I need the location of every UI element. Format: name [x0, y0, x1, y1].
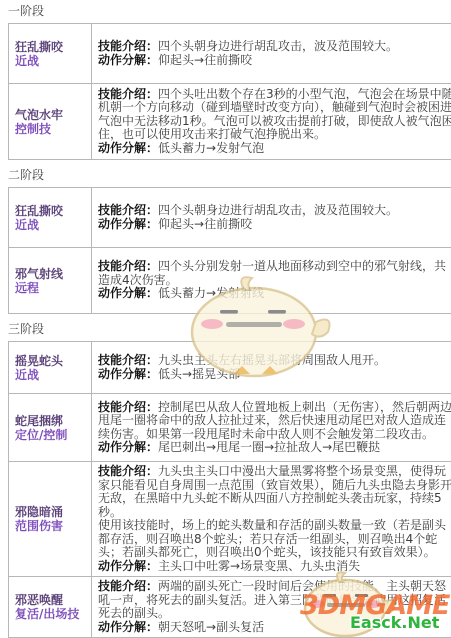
- skill-name-cell: 邪隐暗涌 范围伤害: [9, 462, 92, 577]
- skill-name: 狂乱撕咬: [15, 40, 85, 54]
- skill-intro: 技能介绍：九头虫主头口中漫出大量黑雾将整个场景变黑，使得玩家只能看见自身周围一点…: [98, 465, 451, 519]
- action-text: 主头口中吐雾→场景变黑、九头虫消失: [158, 559, 360, 573]
- section-title-phase2: 二阶段: [8, 169, 448, 182]
- table-row: 狂乱撕咬 近战 技能介绍：四个头朝身边进行胡乱攻击，波及范围较大。 动作分解：仰…: [9, 24, 451, 84]
- table-row: 邪气射线 远程 技能介绍：四个头分别发射一道从地面移动到空中的邪气射线，共造成4…: [9, 248, 451, 314]
- action-text: 低头→摇晃头部: [158, 367, 240, 381]
- skill-action: 动作分解：低头蓄力→发射气泡: [98, 142, 451, 156]
- action-label: 动作分解：: [98, 440, 158, 454]
- skill-action: 动作分解：低头蓄力→发射射线: [98, 287, 451, 301]
- table-row: 气泡水牢 控制技 技能介绍：四个头吐出数个存在3秒的小型气泡，气泡会在场景中随机…: [9, 84, 451, 160]
- skill-action: 动作分解：仰起头→往前撕咬: [98, 54, 451, 68]
- skill-intro: 技能介绍：四个头分别发射一道从地面移动到空中的邪气射线，共造成4次伤害。: [98, 260, 451, 287]
- skill-tag: 控制技: [15, 122, 85, 136]
- skill-name: 狂乱撕咬: [15, 204, 85, 218]
- intro-label: 技能介绍：: [98, 579, 158, 593]
- skill-table-phase1: 狂乱撕咬 近战 技能介绍：四个头朝身边进行胡乱攻击，波及范围较大。 动作分解：仰…: [8, 23, 451, 160]
- skill-action: 动作分解：朝天怒吼→副头复活: [98, 621, 451, 635]
- action-label: 动作分解：: [98, 559, 158, 573]
- section-title-phase1: 一阶段: [8, 5, 448, 18]
- table-row: 狂乱撕咬 近战 技能介绍：四个头朝身边进行胡乱攻击，波及范围较大。 动作分解：仰…: [9, 188, 451, 248]
- intro-label: 技能介绍：: [98, 400, 158, 414]
- skill-desc-cell: 技能介绍：两端的副头死亡一段时间后会使用的技能，主头朝天怒吼一声，将死去的副头复…: [92, 577, 451, 638]
- intro-label: 技能介绍：: [98, 259, 158, 273]
- skill-action: 动作分解：尾巴刺出→甩尾一圈→拉扯敌人→尾巴鞭挞: [98, 441, 451, 455]
- skill-tag: 近战: [15, 368, 85, 382]
- skill-table-phase2: 狂乱撕咬 近战 技能介绍：四个头朝身边进行胡乱攻击，波及范围较大。 动作分解：仰…: [8, 187, 451, 314]
- skill-name-cell: 狂乱撕咬 近战: [9, 188, 92, 248]
- action-text: 仰起头→往前撕咬: [158, 53, 252, 67]
- skill-tag: 近战: [15, 218, 85, 232]
- skill-intro-extra: 使用该技能时，场上的蛇头数量和存活的副头数量一致（若是副头都存活，则召唤出8个蛇…: [98, 519, 451, 560]
- skill-name-cell: 邪气射线 远程: [9, 248, 92, 314]
- guide-page: 一阶段 狂乱撕咬 近战 技能介绍：四个头朝身边进行胡乱攻击，波及范围较大。 动作…: [0, 0, 451, 638]
- intro-extra-text: 使用该技能时，场上的蛇头数量和存活的副头数量一致（若是副头都存活，则召唤出8个蛇…: [98, 518, 446, 559]
- skill-action: 动作分解：主头口中吐雾→场景变黑、九头虫消失: [98, 560, 451, 574]
- intro-label: 技能介绍：: [98, 353, 158, 367]
- action-text: 尾巴刺出→甩尾一圈→拉扯敌人→尾巴鞭挞: [158, 440, 380, 454]
- skill-desc-cell: 技能介绍：四个头分别发射一道从地面移动到空中的邪气射线，共造成4次伤害。 动作分…: [92, 248, 451, 314]
- table-row: 蛇尾捆绑 定位/控制 技能介绍：控制尾巴从敌人位置地板上刺出（无伤害），然后朝两…: [9, 394, 451, 462]
- skill-name: 摇晃蛇头: [15, 354, 85, 368]
- intro-label: 技能介绍：: [98, 87, 158, 101]
- intro-text: 四个头朝身边进行胡乱攻击，波及范围较大。: [158, 39, 398, 53]
- table-row: 摇晃蛇头 近战 技能介绍：九头虫主头左右摇晃头部将周围敌人甩开。 动作分解：低头…: [9, 342, 451, 394]
- intro-text: 四个头朝身边进行胡乱攻击，波及范围较大。: [158, 203, 398, 217]
- intro-label: 技能介绍：: [98, 39, 158, 53]
- skill-desc-cell: 技能介绍：四个头朝身边进行胡乱攻击，波及范围较大。 动作分解：仰起头→往前撕咬: [92, 188, 451, 248]
- skill-name-cell: 摇晃蛇头 近战: [9, 342, 92, 394]
- skill-desc-cell: 技能介绍：九头虫主头口中漫出大量黑雾将整个场景变黑，使得玩家只能看见自身周围一点…: [92, 462, 451, 577]
- action-text: 朝天怒吼→副头复活: [158, 620, 264, 634]
- action-label: 动作分解：: [98, 620, 158, 634]
- skill-desc-cell: 技能介绍：九头虫主头左右摇晃头部将周围敌人甩开。 动作分解：低头→摇晃头部: [92, 342, 451, 394]
- skill-intro: 技能介绍：四个头朝身边进行胡乱攻击，波及范围较大。: [98, 204, 451, 218]
- skill-name-cell: 狂乱撕咬 近战: [9, 24, 92, 84]
- intro-label: 技能介绍：: [98, 464, 158, 478]
- skill-intro: 技能介绍：控制尾巴从敌人位置地板上刺出（无伤害），然后朝两边甩尾一圈将命中的敌人…: [98, 401, 451, 442]
- action-text: 低头蓄力→发射射线: [158, 286, 264, 300]
- section-title-phase3: 三阶段: [8, 323, 448, 336]
- skill-intro: 技能介绍：九头虫主头左右摇晃头部将周围敌人甩开。: [98, 354, 451, 368]
- table-row: 邪隐暗涌 范围伤害 技能介绍：九头虫主头口中漫出大量黑雾将整个场景变黑，使得玩家…: [9, 462, 451, 577]
- skill-tag: 定位/控制: [15, 428, 85, 442]
- skill-tag: 复活/出场技: [15, 607, 85, 621]
- skill-name: 邪恶唤醒: [15, 593, 85, 607]
- skill-tag: 远程: [15, 281, 85, 295]
- skill-tag: 近战: [15, 54, 85, 68]
- skill-intro: 技能介绍：四个头朝身边进行胡乱攻击，波及范围较大。: [98, 40, 451, 54]
- skill-tag: 范围伤害: [15, 519, 85, 533]
- skill-intro: 技能介绍：四个头吐出数个存在3秒的小型气泡，气泡会在场景中随机朝一个方向移动（碰…: [98, 88, 451, 142]
- skill-intro: 技能介绍：两端的副头死亡一段时间后会使用的技能，主头朝天怒吼一声，将死去的副头复…: [98, 580, 451, 621]
- intro-label: 技能介绍：: [98, 203, 158, 217]
- skill-action: 动作分解：低头→摇晃头部: [98, 368, 451, 382]
- skill-name: 蛇尾捆绑: [15, 414, 85, 428]
- skill-name: 邪隐暗涌: [15, 505, 85, 519]
- skill-desc-cell: 技能介绍：四个头吐出数个存在3秒的小型气泡，气泡会在场景中随机朝一个方向移动（碰…: [92, 84, 451, 160]
- action-label: 动作分解：: [98, 286, 158, 300]
- action-label: 动作分解：: [98, 141, 158, 155]
- skill-table-phase3: 摇晃蛇头 近战 技能介绍：九头虫主头左右摇晃头部将周围敌人甩开。 动作分解：低头…: [8, 341, 451, 638]
- skill-name: 气泡水牢: [15, 108, 85, 122]
- skill-name-cell: 气泡水牢 控制技: [9, 84, 92, 160]
- table-row: 邪恶唤醒 复活/出场技 技能介绍：两端的副头死亡一段时间后会使用的技能，主头朝天…: [9, 577, 451, 638]
- action-label: 动作分解：: [98, 53, 158, 67]
- action-text: 仰起头→往前撕咬: [158, 217, 252, 231]
- intro-text: 九头虫主头左右摇晃头部将周围敌人甩开。: [158, 353, 386, 367]
- skill-name: 邪气射线: [15, 267, 85, 281]
- skill-name-cell: 蛇尾捆绑 定位/控制: [9, 394, 92, 462]
- action-text: 低头蓄力→发射气泡: [158, 141, 264, 155]
- skill-desc-cell: 技能介绍：四个头朝身边进行胡乱攻击，波及范围较大。 动作分解：仰起头→往前撕咬: [92, 24, 451, 84]
- skill-name-cell: 邪恶唤醒 复活/出场技: [9, 577, 92, 638]
- action-label: 动作分解：: [98, 217, 158, 231]
- action-label: 动作分解：: [98, 367, 158, 381]
- skill-action: 动作分解：仰起头→往前撕咬: [98, 218, 451, 232]
- skill-desc-cell: 技能介绍：控制尾巴从敌人位置地板上刺出（无伤害），然后朝两边甩尾一圈将命中的敌人…: [92, 394, 451, 462]
